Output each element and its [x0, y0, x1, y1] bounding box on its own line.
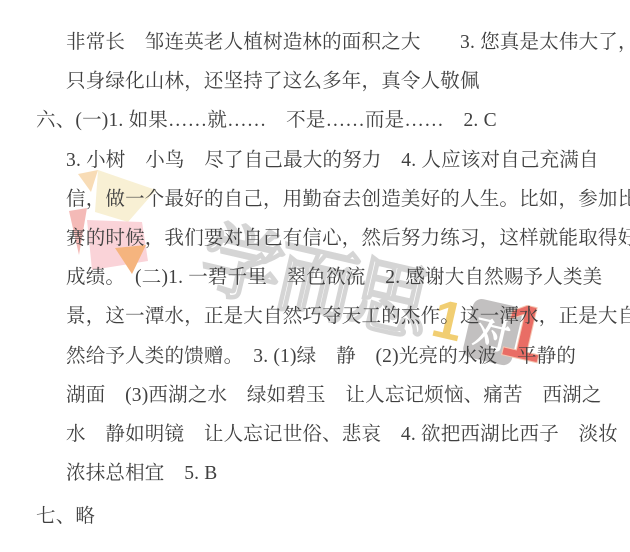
answer-line-section-six: 六、(一)1. 如果……就…… 不是……而是…… 2. C	[0, 101, 630, 140]
answer-line: 信，做一个最好的自己，用勤奋去创造美好的人生。比如，参加比	[0, 180, 630, 219]
answer-line: 成绩。 (二)1. 一碧千里 翠色欲流 2. 感谢大自然赐予人类美	[0, 258, 630, 297]
answer-line: 景，这一潭水，正是大自然巧夺天工的杰作。这一潭水，正是大自	[0, 297, 630, 336]
answer-content: 非常长 邹连英老人植树造林的面积之大 3. 您真是太伟大了， 只身绿化山林，还坚…	[0, 0, 630, 537]
answer-line: 3. 小树 小鸟 尽了自己最大的努力 4. 人应该对自己充满自	[0, 141, 630, 180]
answer-line: 只身绿化山林，还坚持了这么多年，真令人敬佩	[0, 62, 630, 101]
answer-sheet-page: 学而思 1 对 1 非常长 邹连英老人植树造林的面积之大 3. 您真是太伟大了，…	[0, 0, 630, 552]
answer-line: 浓抹总相宜 5. B	[0, 454, 630, 493]
answer-line: 非常长 邹连英老人植树造林的面积之大 3. 您真是太伟大了，	[0, 23, 630, 62]
answer-line: 湖面 (3)西湖之水 绿如碧玉 让人忘记烦恼、痛苦 西湖之	[0, 376, 630, 415]
answer-line: 水 静如明镜 让人忘记世俗、悲哀 4. 欲把西湖比西子 淡妆	[0, 415, 630, 454]
answer-line: 然给予人类的馈赠。 3. (1)绿 静 (2)光亮的水波 平静的	[0, 337, 630, 376]
answer-line-section-seven: 七、略	[0, 497, 630, 536]
answer-line: 赛的时候，我们要对自己有信心，然后努力练习，这样就能取得好	[0, 219, 630, 258]
